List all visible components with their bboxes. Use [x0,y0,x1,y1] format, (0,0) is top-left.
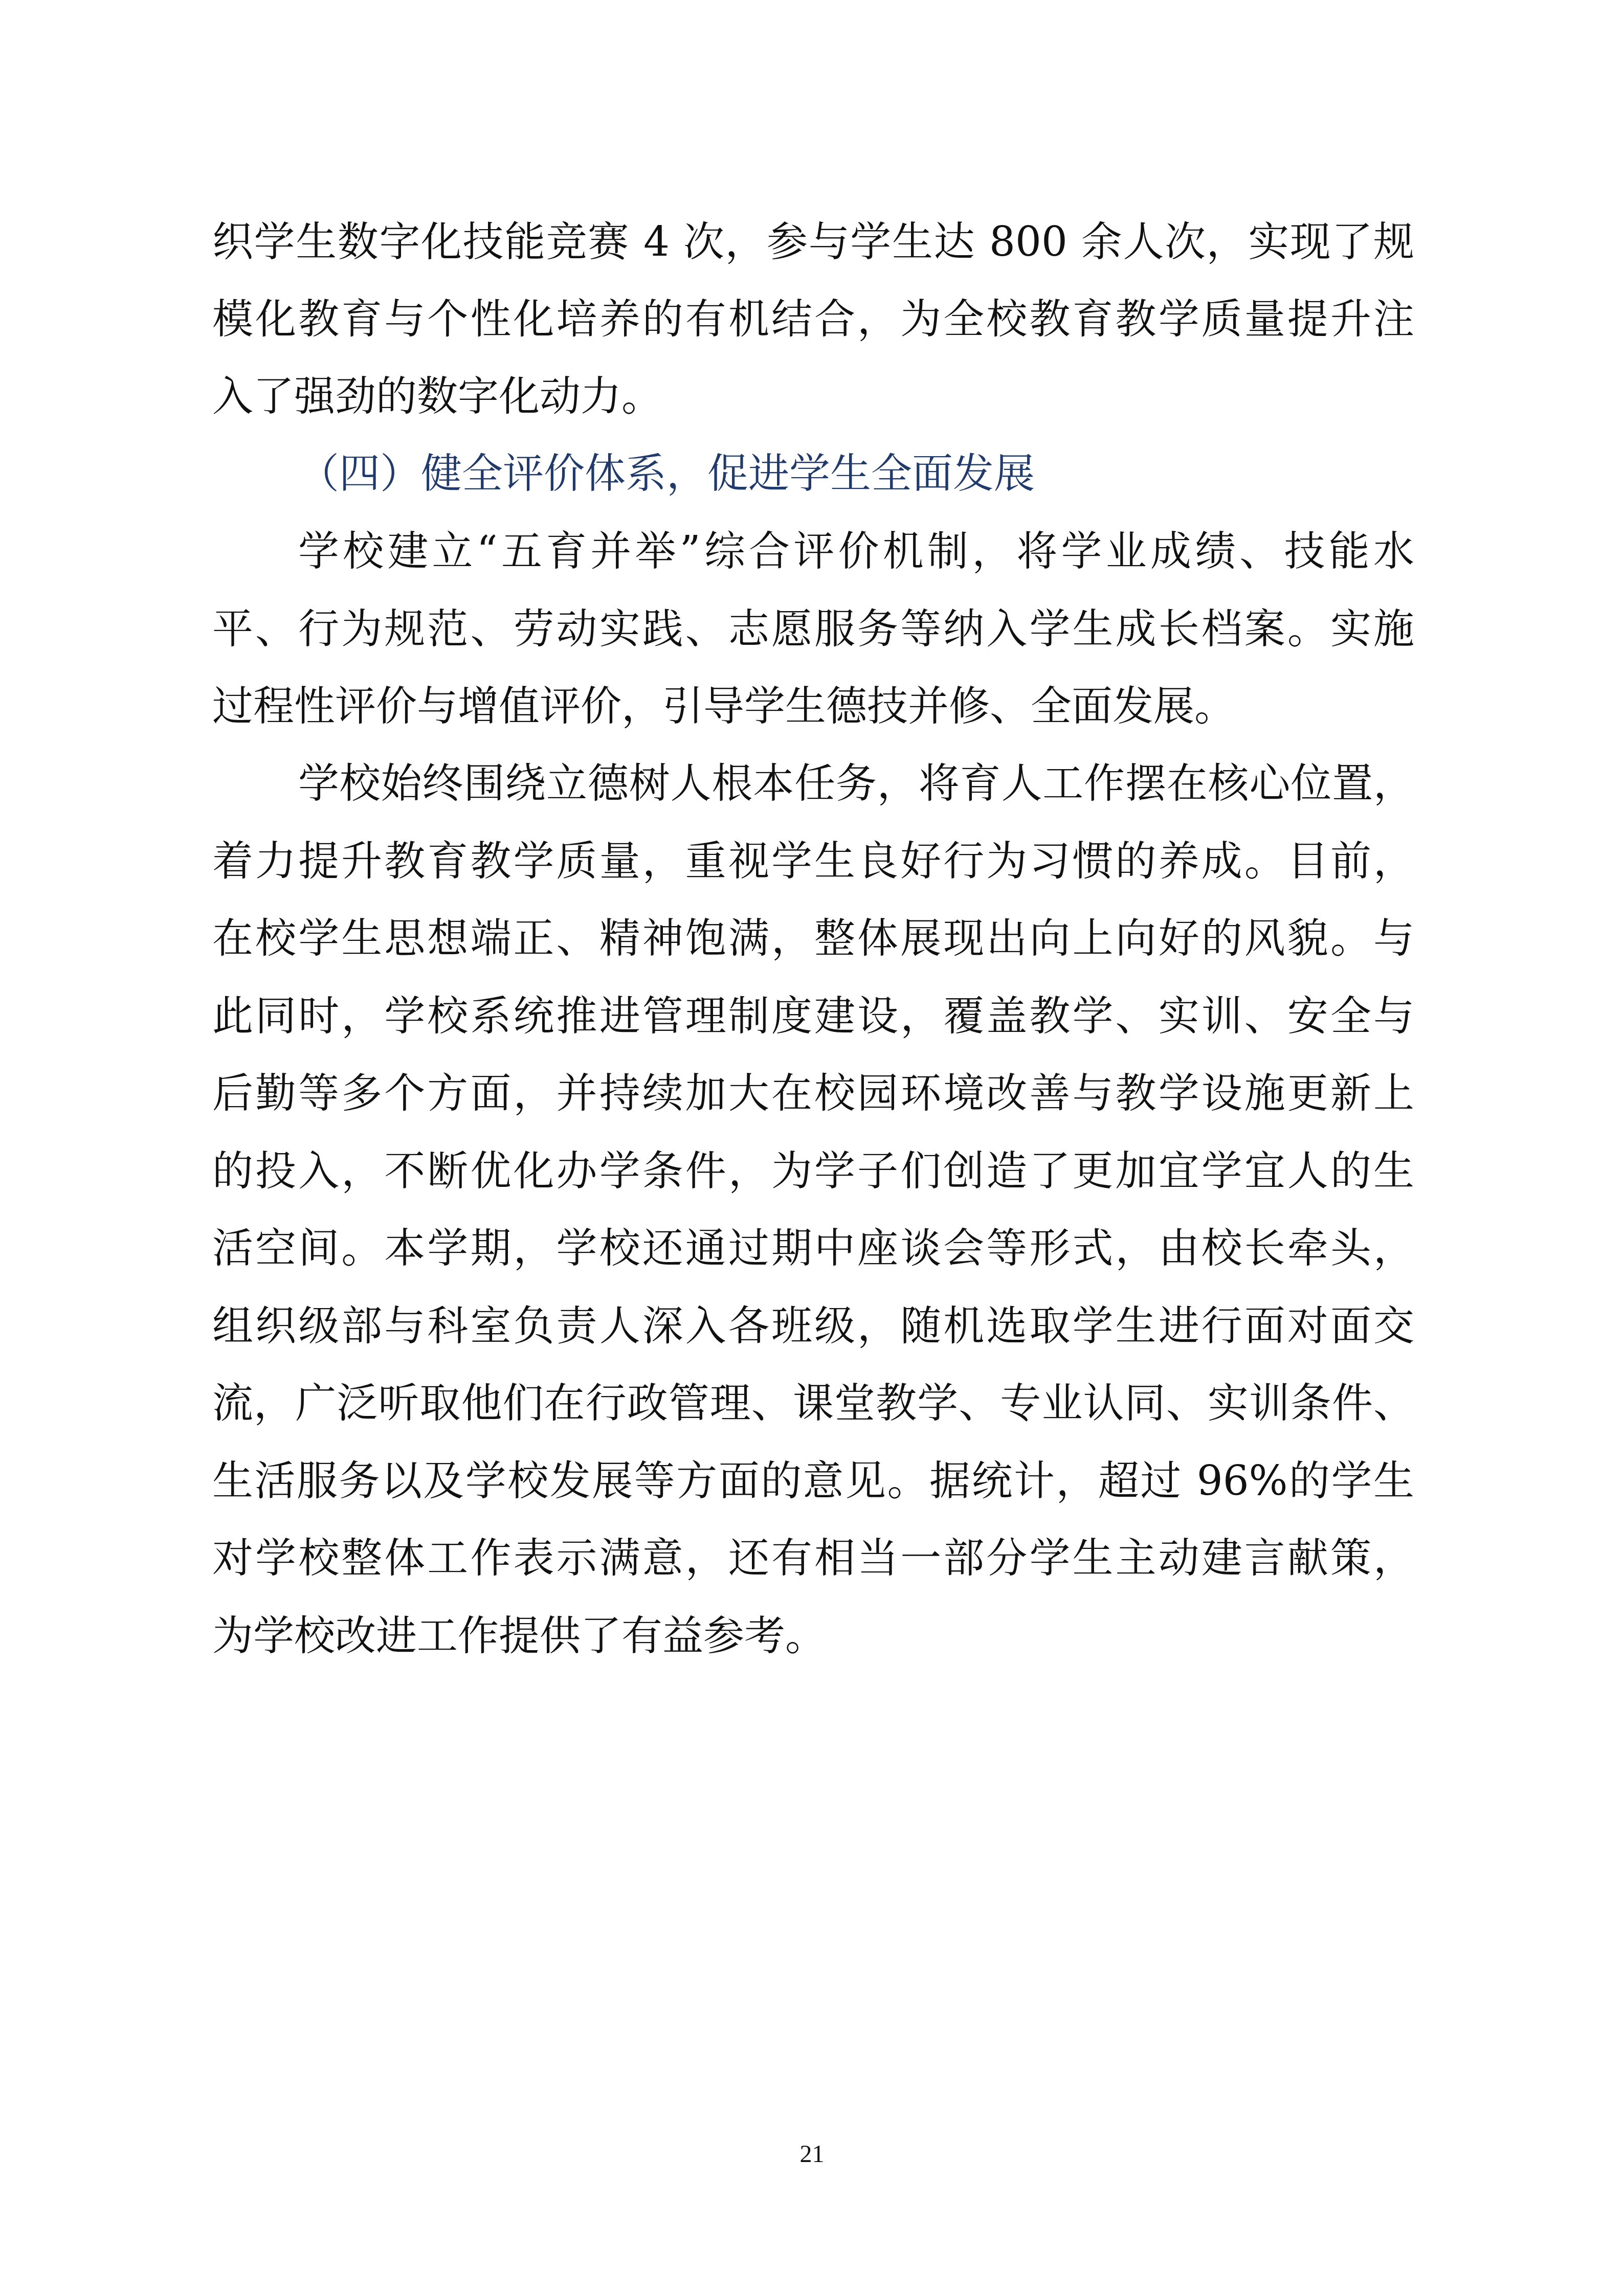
body-text-line: 的投入，不断优化办学条件，为学子们创造了更加宜学宜人的生 [212,1145,1414,1197]
body-text-line: 此同时，学校系统推进管理制度建设，覆盖教学、实训、安全与 [212,991,1414,1042]
body-text-line: 为学校改进工作提供了有益参考。 [212,1610,1414,1661]
body-text-line: 过程性评价与增值评价，引导学生德技并修、全面发展。 [212,681,1414,732]
body-text-line: 平、行为规范、劳动实践、志愿服务等纳入学生成长档案。实施 [212,603,1414,655]
body-text-line: 学校始终围绕立德树人根本任务，将育人工作摆在核心位置， [298,758,1414,809]
body-text-line: 组织级部与科室负责人深入各班级，随机选取学生进行面对面交 [212,1300,1414,1352]
body-text-line: 模化教育与个性化培养的有机结合，为全校教育教学质量提升注 [212,294,1414,345]
body-text-line: 织学生数字化技能竞赛 4 次，参与学生达 800 余人次，实现了规 [212,216,1414,267]
body-text-line: 生活服务以及学校发展等方面的意见。据统计，超过 96%的学生 [212,1455,1414,1506]
page-number: 21 [0,2140,1624,2168]
body-text-line: 在校学生思想端正、精神饱满，整体展现出向上向好的风貌。与 [212,913,1414,964]
body-text-line: 流，广泛听取他们在行政管理、课堂教学、专业认同、实训条件、 [212,1378,1414,1429]
body-text-line: 对学校整体工作表示满意，还有相当一部分学生主动建言献策， [212,1533,1414,1584]
body-text-line: 学校建立“五育并举”综合评价机制，将学业成绩、技能水 [298,526,1414,577]
body-text-line: 活空间。本学期，学校还通过期中座谈会等形式，由校长牵头， [212,1223,1414,1274]
body-text-line: 后勤等多个方面，并持续加大在校园环境改善与教学设施更新上 [212,1068,1414,1119]
body-text-line: 着力提升教育教学质量，重视学生良好行为习惯的养成。目前， [212,836,1414,887]
body-text-line: 入了强劲的数字化动力。 [212,371,1414,422]
section-heading: （四）健全评价体系，促进学生全面发展 [298,448,1035,499]
document-page: 织学生数字化技能竞赛 4 次，参与学生达 800 余人次，实现了规 模化教育与个… [0,0,1624,2296]
